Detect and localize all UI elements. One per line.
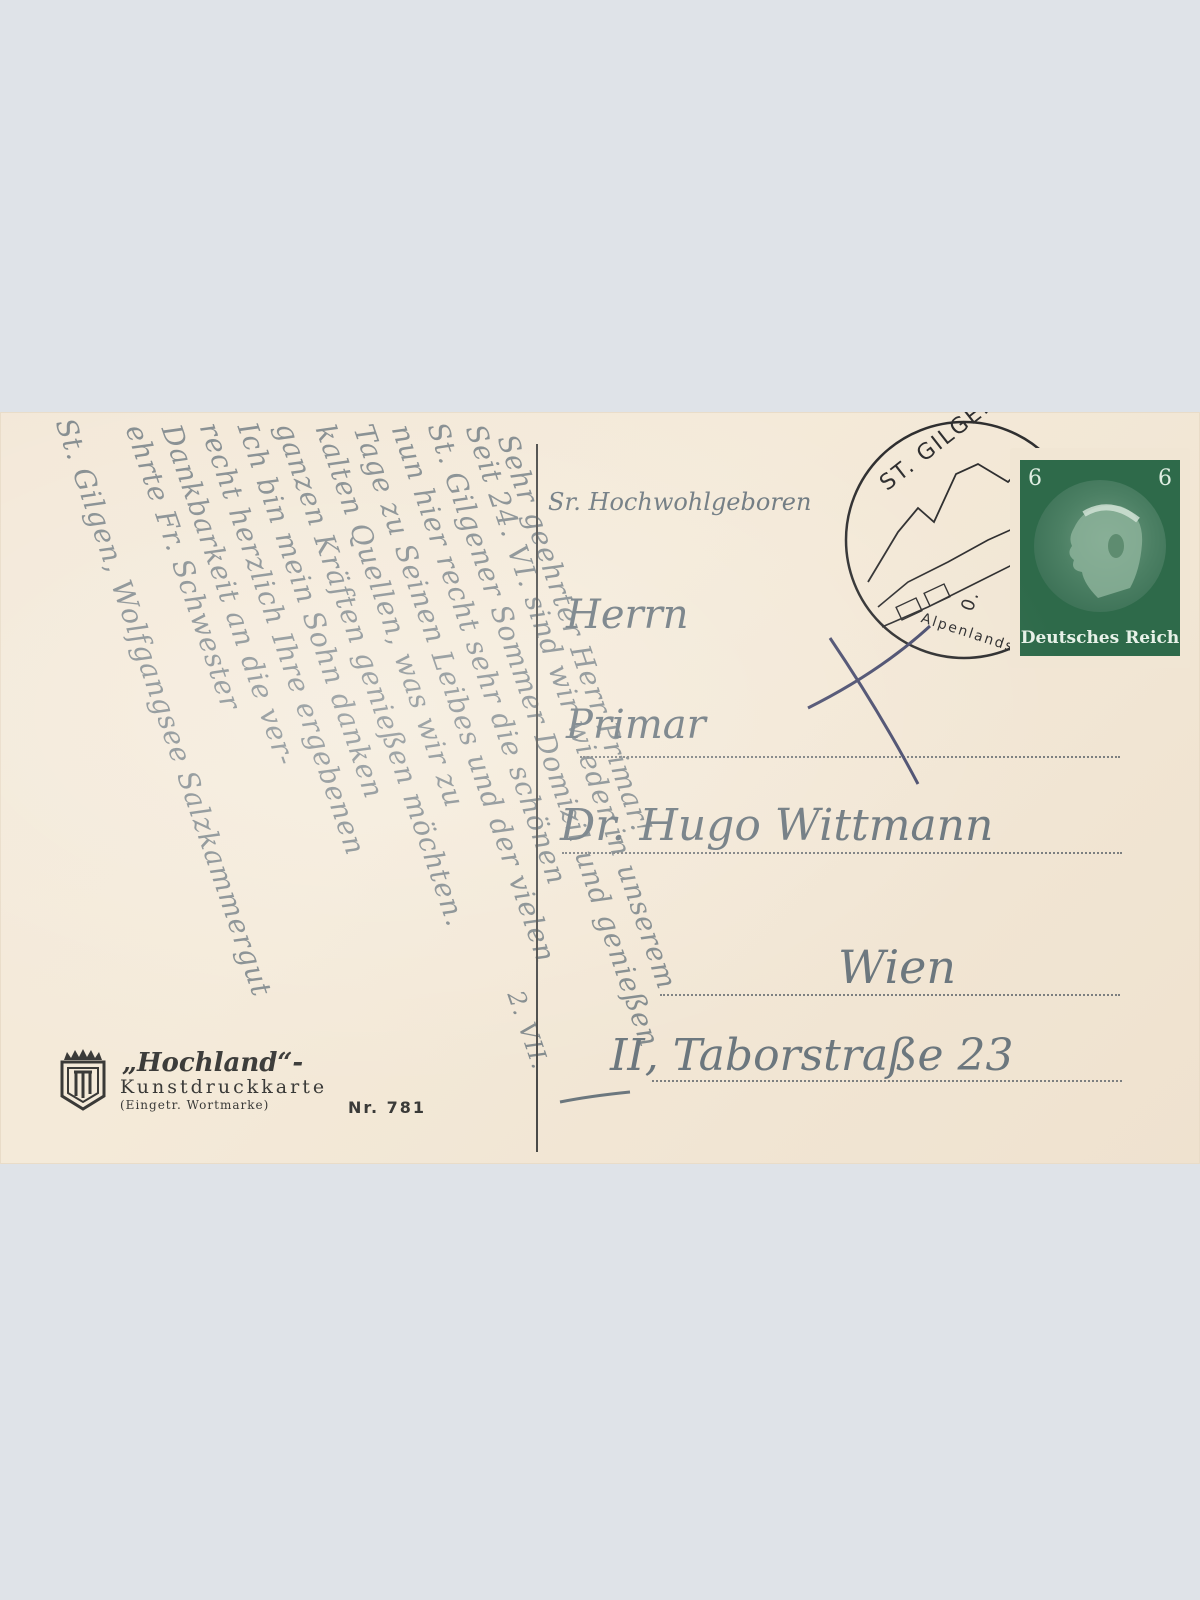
address-dotline [562,852,1122,854]
address-dotline [660,994,1120,996]
address-salutation: Sr. Hochwohlgeboren [548,488,811,516]
address-dotline [652,1080,1122,1082]
card-divider [536,444,538,1152]
postage-stamp: 6 6 Deutsches Reich [1010,448,1190,668]
stamp-country: Deutsches Reich [1020,628,1180,648]
message-date: 2. VII. [502,987,555,1073]
hochland-shield-logo-icon [58,1046,108,1112]
publisher-imprint: „Hochland“- Kunstdruckkarte (Eingetr. Wo… [58,1046,458,1136]
portrait-medallion-icon [1034,480,1166,612]
publisher-trademark: (Eingetr. Wortmarke) [120,1098,269,1112]
address-position: Primar [566,702,706,748]
address-street: II, Taborstraße 23 [610,1030,1014,1081]
address-city: Wien [838,940,956,994]
publisher-name: „Hochland“- [122,1048,303,1078]
postcard: Sehr geehrter Herr Primar! Seit 24. VI. … [0,412,1200,1164]
publisher-subtitle: Kunstdruckkarte [120,1076,327,1098]
address-dotline [580,756,1120,758]
stamp-face: 6 6 Deutsches Reich [1020,460,1180,656]
address-name: Dr. Hugo Wittmann [560,800,993,851]
address-title: Herrn [566,592,689,638]
card-number: Nr. 781 [348,1098,426,1117]
